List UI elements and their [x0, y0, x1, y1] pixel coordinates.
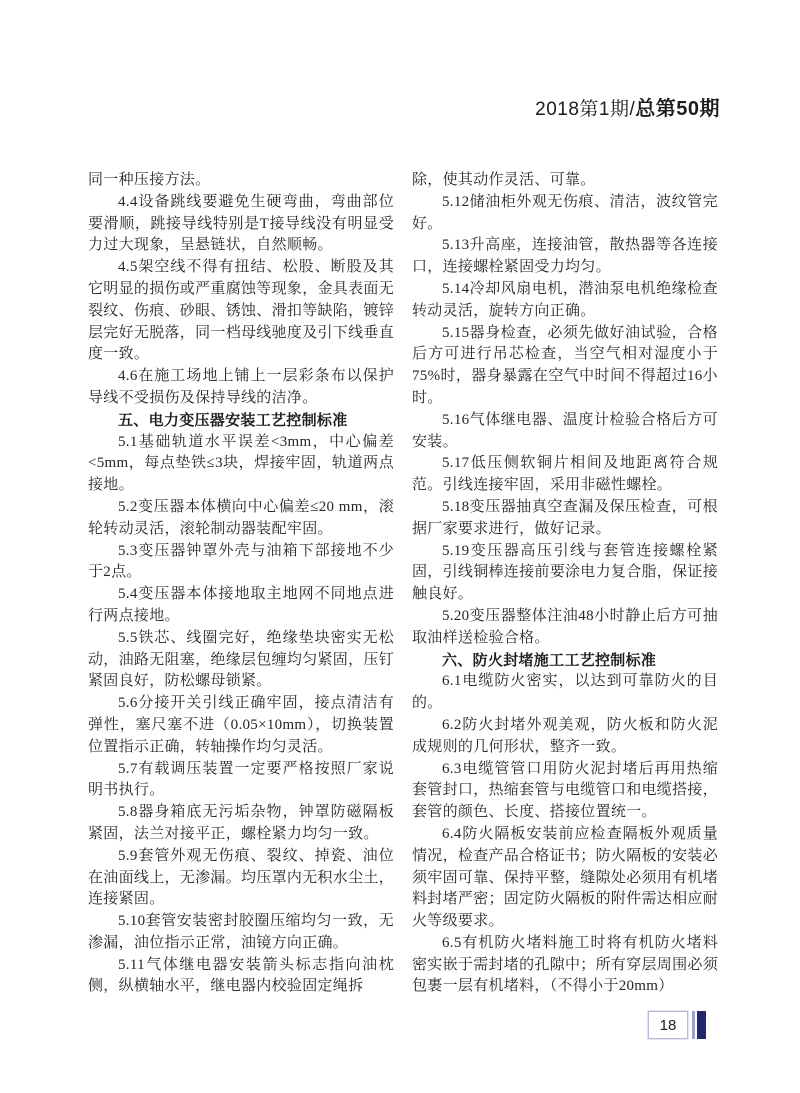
- paragraph: 4.5架空线不得有扭结、松股、断股及其它明显的损伤或严重腐蚀等现象，金具表面无裂…: [88, 257, 394, 366]
- page-number: 18: [660, 1017, 677, 1034]
- issue-number-bold: 总第50期: [635, 98, 720, 120]
- paragraph: 4.4设备跳线要避免生硬弯曲，弯曲部位要滑顺，跳接导线特别是T接导线没有明显受力…: [88, 192, 394, 257]
- issue-number-regular: 2018第1期/: [535, 99, 635, 120]
- paragraph: 5.16气体继电器、温度计检验合格后方可安装。: [412, 410, 718, 454]
- paragraph: 6.4防火隔板安装前应检查隔板外观质量情况，检查产品合格证书；防火隔板的安装必须…: [412, 824, 718, 933]
- paragraph: 6.5有机防火堵料施工时将有机防火堵料密实嵌于需封堵的孔隙中；所有穿层周围必须包…: [412, 933, 718, 998]
- paragraph: 除，使其动作灵活、可靠。: [412, 170, 718, 192]
- page-footer: 18: [648, 1011, 706, 1039]
- paragraph: 6.2防火封堵外观美观，防火板和防火泥成规则的几何形状，整齐一致。: [412, 715, 718, 759]
- paragraph: 6.1电缆防火密实，以达到可靠防火的目的。: [412, 671, 718, 715]
- paragraph: 5.3变压器钟罩外壳与油箱下部接地不少于2点。: [88, 541, 394, 585]
- paragraph: 5.11气体继电器安装箭头标志指向油枕侧，纵横轴水平，继电器内校验固定绳拆: [88, 955, 394, 999]
- column-left: 同一种压接方法。4.4设备跳线要避免生硬弯曲，弯曲部位要滑顺，跳接导线特别是T接…: [88, 170, 394, 998]
- body-columns: 同一种压接方法。4.4设备跳线要避免生硬弯曲，弯曲部位要滑顺，跳接导线特别是T接…: [88, 170, 718, 998]
- paragraph: 5.19变压器高压引线与套管连接螺栓紧固，引线铜棒连接前要涂电力复合脂，保证接触…: [412, 541, 718, 606]
- paragraph: 5.5铁芯、线圈完好，绝缘垫块密实无松动，油路无阻塞，绝缘层包缠均匀紧固，压钉紧…: [88, 628, 394, 693]
- paragraph: 6.3电缆管管口用防火泥封堵后再用热缩套管封口，热缩套管与电缆管口和电缆搭接，套…: [412, 759, 718, 824]
- paragraph: 5.1基础轨道水平误差<3mm，中心偏差<5mm，每点垫铁≤3块，焊接牢固，轨道…: [88, 432, 394, 497]
- document-page: 2018第1期/总第50期 同一种压接方法。4.4设备跳线要避免生硬弯曲，弯曲部…: [0, 0, 800, 1093]
- section-heading: 五、电力变压器安装工艺控制标准: [88, 410, 394, 432]
- paragraph: 5.17低压侧软铜片相间及地距离符合规范。引线连接牢固，采用非磁性螺栓。: [412, 453, 718, 497]
- paragraph: 5.4变压器本体接地取主地网不同地点进行两点接地。: [88, 584, 394, 628]
- page-number-box: 18: [648, 1011, 688, 1039]
- journal-issue-header: 2018第1期/总第50期: [535, 92, 720, 121]
- paragraph: 5.20变压器整体注油48小时静止后方可抽取油样送检验合格。: [412, 606, 718, 650]
- paragraph: 4.6在施工场地上铺上一层彩条布以保护导线不受损伤及保持导线的洁净。: [88, 366, 394, 410]
- paragraph: 同一种压接方法。: [88, 170, 394, 192]
- paragraph: 5.12储油柜外观无伤痕、清洁，波纹管完好。: [412, 192, 718, 236]
- paragraph: 5.8器身箱底无污垢杂物，钟罩防磁隔板紧固，法兰对接平正，螺栓紧力均匀一致。: [88, 802, 394, 846]
- paragraph: 5.2变压器本体横向中心偏差≤20 mm，滚轮转动灵活，滚轮制动器装配牢固。: [88, 497, 394, 541]
- paragraph: 5.6分接开关引线正确牢固，接点清洁有弹性，塞尺塞不进（0.05×10mm），切…: [88, 693, 394, 758]
- paragraph: 5.7有载调压装置一定要严格按照厂家说明书执行。: [88, 759, 394, 803]
- paragraph: 5.13升高座，连接油管，散热器等各连接口，连接螺栓紧固受力均匀。: [412, 235, 718, 279]
- column-right: 除，使其动作灵活、可靠。5.12储油柜外观无伤痕、清洁，波纹管完好。5.13升高…: [412, 170, 718, 998]
- section-heading: 六、防火封堵施工工艺控制标准: [412, 650, 718, 672]
- footer-accent-bar-thick: [697, 1011, 706, 1039]
- paragraph: 5.10套管安装密封胶圈压缩均匀一致，无渗漏，油位指示正常，油镜方向正确。: [88, 911, 394, 955]
- paragraph: 5.15器身检查，必须先做好油试验，合格后方可进行吊芯检查，当空气相对湿度小于7…: [412, 323, 718, 410]
- paragraph: 5.14冷却风扇电机，潜油泵电机绝缘检查转动灵活，旋转方向正确。: [412, 279, 718, 323]
- paragraph: 5.9套管外观无伤痕、裂纹、掉瓷、油位在油面线上，无渗漏。均压罩内无积水尘土，连…: [88, 846, 394, 911]
- footer-accent-bar-thin: [692, 1011, 695, 1039]
- paragraph: 5.18变压器抽真空查漏及保压检查，可根据厂家要求进行，做好记录。: [412, 497, 718, 541]
